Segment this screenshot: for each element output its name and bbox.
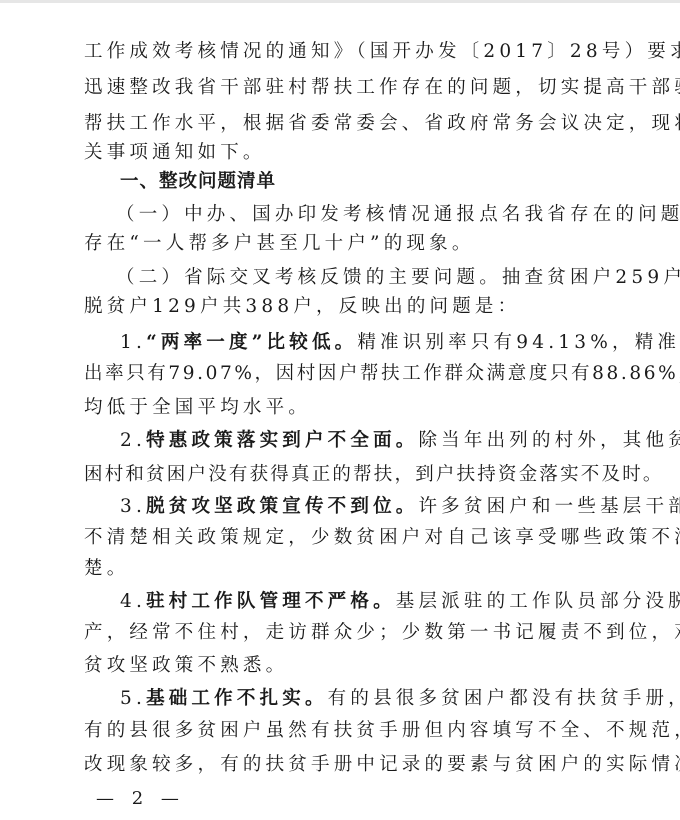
item-1-title: “两率一度”比较低。 <box>146 332 357 353</box>
item-2-text: 除当年出列的村外，其他贫 <box>418 430 680 451</box>
item-3-line-3: 楚。 <box>84 557 596 581</box>
intro-line-4: 关事项通知如下。 <box>84 141 596 165</box>
item-3-first-line: 3.脱贫攻坚政策宣传不到位。许多贫困户和一些基层干部 <box>120 495 596 519</box>
item-4-line-3: 贫攻坚政策不熟悉。 <box>84 654 596 678</box>
item-5-number: 5. <box>120 688 146 709</box>
item-1-first-line: 1.“两率一度”比较低。精准识别率只有94.13%，精准退 <box>120 331 596 355</box>
item-5-line-2: 有的县很多贫困户虽然有扶贫手册但内容填写不全、不规范，涂 <box>84 719 596 743</box>
document-page: 工作成效考核情况的通知》（国开办发〔2017〕28号）要求，为 迅速整改我省干部… <box>0 0 680 820</box>
item-5-text: 有的县很多贫困户都没有扶贫手册， <box>328 688 680 709</box>
item-4-text: 基层派驻的工作队员部分没脱 <box>396 591 680 612</box>
item-5-line-3: 改现象较多，有的扶贫手册中记录的要素与贫困户的实际情况不 <box>84 753 596 777</box>
item-3-text: 许多贫困户和一些基层干部 <box>418 496 680 517</box>
intro-line-1: 工作成效考核情况的通知》（国开办发〔2017〕28号）要求，为 <box>84 40 596 64</box>
sub1-line-1: （一）中办、国办印发考核情况通报点名我省存在的问题。 <box>116 203 592 227</box>
item-3-number: 3. <box>120 496 146 517</box>
item-1-line-3: 均低于全国平均水平。 <box>84 396 596 420</box>
section-heading: 一、整改问题清单 <box>120 170 596 194</box>
intro-line-2: 迅速整改我省干部驻村帮扶工作存在的问题，切实提高干部驻村 <box>84 76 596 100</box>
item-5-first-line: 5.基础工作不扎实。有的县很多贫困户都没有扶贫手册， <box>120 687 596 711</box>
item-4-title: 驻村工作队管理不严格。 <box>146 591 396 612</box>
item-2-first-line: 2.特惠政策落实到户不全面。除当年出列的村外，其他贫 <box>120 429 596 453</box>
item-4-first-line: 4.驻村工作队管理不严格。基层派驻的工作队员部分没脱 <box>120 590 596 614</box>
item-2-number: 2. <box>120 430 146 451</box>
item-3-line-2: 不清楚相关政策规定，少数贫困户对自己该享受哪些政策不清 <box>84 526 596 550</box>
item-5-title: 基础工作不扎实。 <box>146 688 328 709</box>
sub2-line-2: 脱贫户129户共388户，反映出的问题是： <box>84 295 596 319</box>
item-4-number: 4. <box>120 591 146 612</box>
item-2-title: 特惠政策落实到户不全面。 <box>146 430 418 451</box>
intro-line-3: 帮扶工作水平，根据省委常委会、省政府常务会议决定，现将有 <box>84 112 596 136</box>
item-4-line-2: 产，经常不住村，走访群众少；少数第一书记履责不到位，对脱 <box>84 621 596 645</box>
item-3-title: 脱贫攻坚政策宣传不到位。 <box>146 496 418 517</box>
item-1-line-2: 出率只有79.07%，因村因户帮扶工作群众满意度只有88.86%， <box>84 362 596 386</box>
item-1-text: 精准识别率只有94.13%，精准退 <box>357 332 680 353</box>
item-2-line-2: 困村和贫困户没有获得真正的帮扶，到户扶持资金落实不及时。 <box>84 463 596 487</box>
page-number: — 2 — <box>96 788 185 809</box>
sub2-line-1: （二）省际交叉考核反馈的主要问题。抽查贫困户259户、 <box>116 266 592 290</box>
item-1-number: 1. <box>120 332 146 353</box>
sub1-line-2: 存在“一人帮多户甚至几十户”的现象。 <box>84 232 596 256</box>
